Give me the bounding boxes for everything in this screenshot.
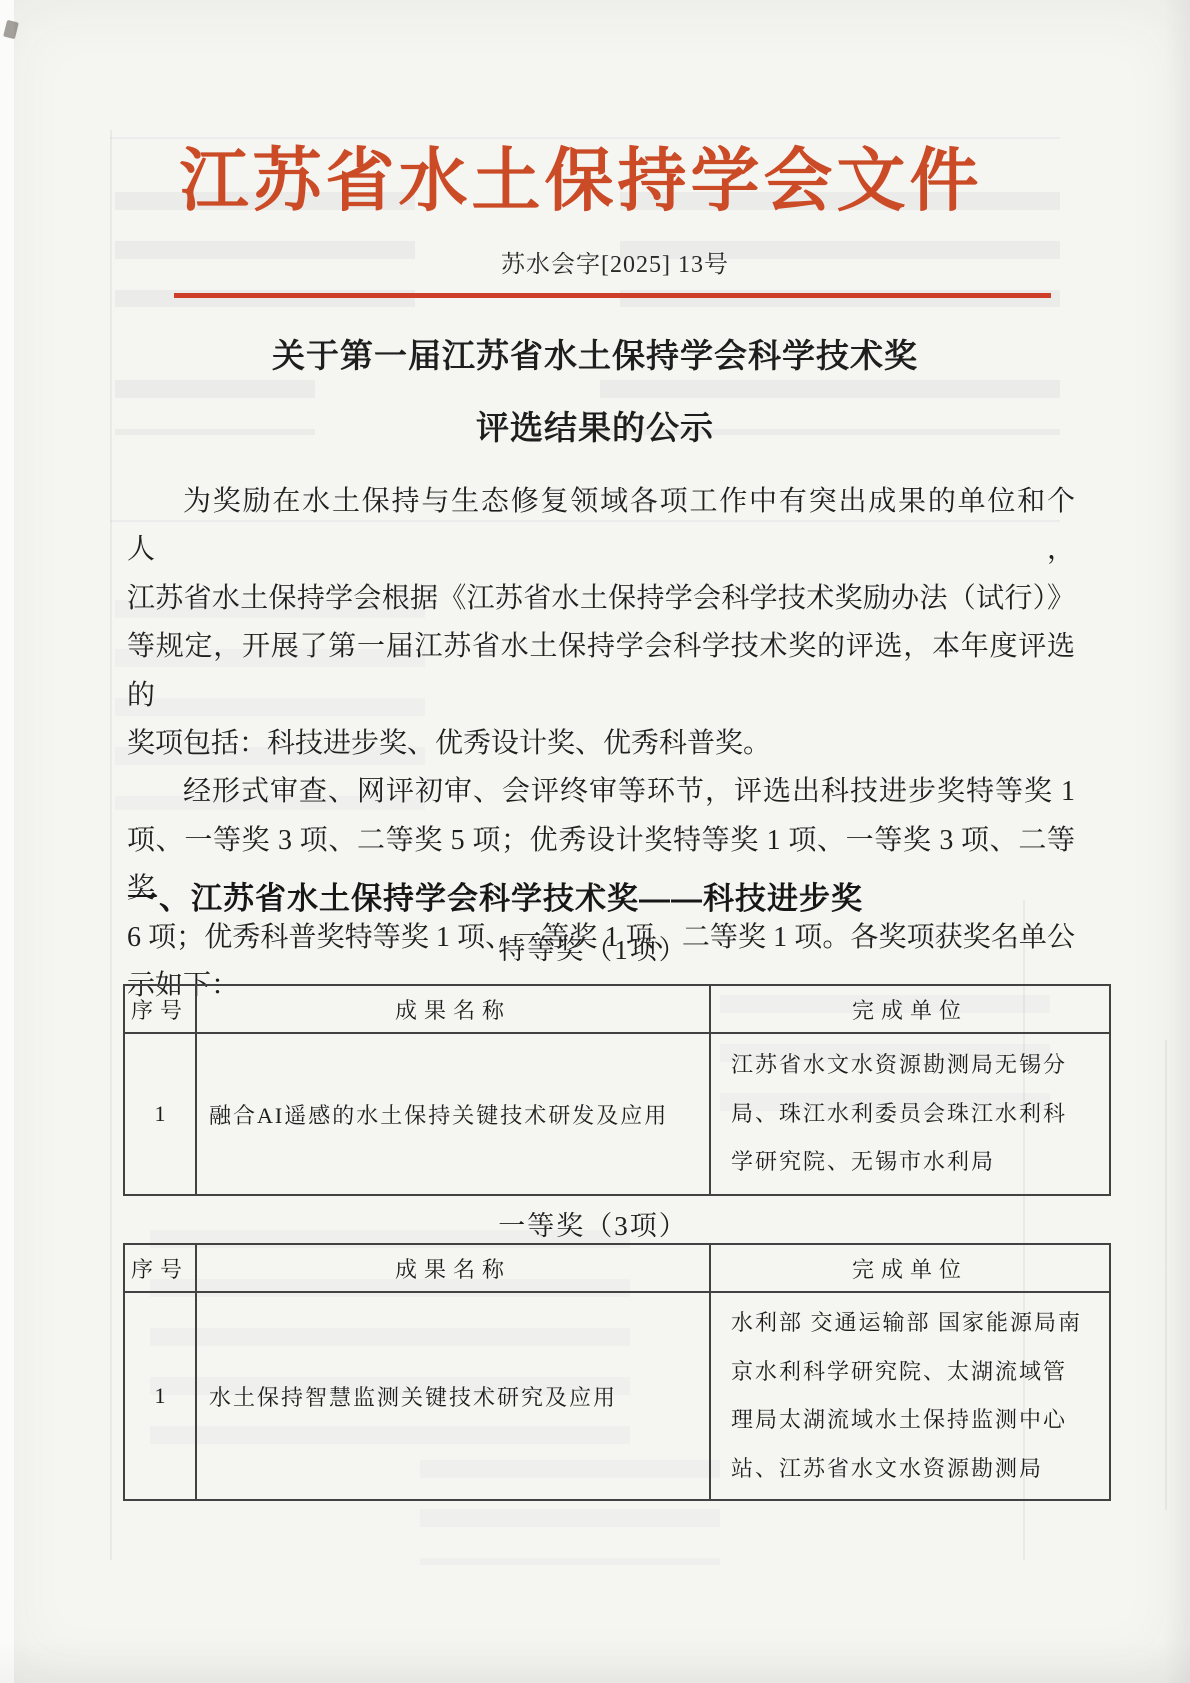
scan-speck bbox=[3, 20, 19, 39]
cell-completing-unit: 水利部 交通运输部 国家能源局南京水利科学研究院、太湖流域管理局太湖流域水土保持… bbox=[710, 1292, 1110, 1500]
award-table-special: 序号 成果名称 完成单位 1 融合AI遥感的水土保持关键技术研发及应用 江苏省水… bbox=[123, 984, 1111, 1196]
document-number: 苏水会字[2025] 13号 bbox=[40, 248, 1190, 282]
header-serial-number: 序号 bbox=[124, 1244, 196, 1292]
document-title-line2: 评选结果的公示 bbox=[0, 402, 1190, 449]
award-label-first: 一等奖（3项） bbox=[123, 1204, 1063, 1243]
paragraph1-line: 等规定，开展了第一届江苏省水土保持学会科学技术奖的评选，本年度评选的 bbox=[127, 623, 1075, 720]
award-table-first: 序号 成果名称 完成单位 1 水土保持智慧监测关键技术研究及应用 水利部 交通运… bbox=[123, 1243, 1111, 1501]
letterhead-title: 江苏省水土保持学会文件 bbox=[0, 138, 1162, 224]
cell-serial-number: 1 bbox=[124, 1292, 196, 1500]
cell-completing-unit: 江苏省水文水资源勘测局无锡分局、珠江水利委员会珠江水利科学研究院、无锡市水利局 bbox=[710, 1033, 1110, 1195]
section-heading: 一、江苏省水土保持学会科学技术奖——科技进步奖 bbox=[127, 882, 863, 916]
award-label-special: 特等奖（1项） bbox=[123, 928, 1063, 967]
table-header-row: 序号 成果名称 完成单位 bbox=[124, 1244, 1110, 1292]
table-row: 1 水土保持智慧监测关键技术研究及应用 水利部 交通运输部 国家能源局南京水利科… bbox=[124, 1292, 1110, 1500]
cell-serial-number: 1 bbox=[124, 1033, 196, 1195]
cell-achievement-name: 融合AI遥感的水土保持关键技术研发及应用 bbox=[196, 1033, 710, 1195]
paragraph2-line: 经形式审查、网评初审、会评终审等环节，评选出科技进步奖特等奖 1 bbox=[127, 768, 1075, 816]
letterhead-red-rule bbox=[174, 293, 1051, 298]
header-completing-unit: 完成单位 bbox=[710, 985, 1110, 1033]
header-achievement-name: 成果名称 bbox=[196, 985, 710, 1033]
paragraph1-line: 为奖励在水土保持与生态修复领域各项工作中有突出成果的单位和个人， bbox=[127, 478, 1075, 575]
scan-edge-left bbox=[0, 0, 14, 1683]
scan-edge-bottom bbox=[0, 1641, 1190, 1683]
cell-achievement-name: 水土保持智慧监测关键技术研究及应用 bbox=[196, 1292, 710, 1500]
paragraph1-line: 奖项包括：科技进步奖、优秀设计奖、优秀科普奖。 bbox=[127, 720, 1075, 768]
table-header-row: 序号 成果名称 完成单位 bbox=[124, 985, 1110, 1033]
header-completing-unit: 完成单位 bbox=[710, 1244, 1110, 1292]
header-achievement-name: 成果名称 bbox=[196, 1244, 710, 1292]
paragraph1-line: 江苏省水土保持学会根据《江苏省水土保持学会科学技术奖励办法（试行）》 bbox=[127, 575, 1075, 623]
table-row: 1 融合AI遥感的水土保持关键技术研发及应用 江苏省水文水资源勘测局无锡分局、珠… bbox=[124, 1033, 1110, 1195]
bleed-through-line bbox=[1165, 1040, 1167, 1510]
scanned-document-page: 江苏省水土保持学会文件 苏水会字[2025] 13号 关于第一届江苏省水土保持学… bbox=[0, 0, 1190, 1683]
document-title-line1: 关于第一届江苏省水土保持学会科学技术奖 bbox=[0, 330, 1190, 377]
header-serial-number: 序号 bbox=[124, 985, 196, 1033]
